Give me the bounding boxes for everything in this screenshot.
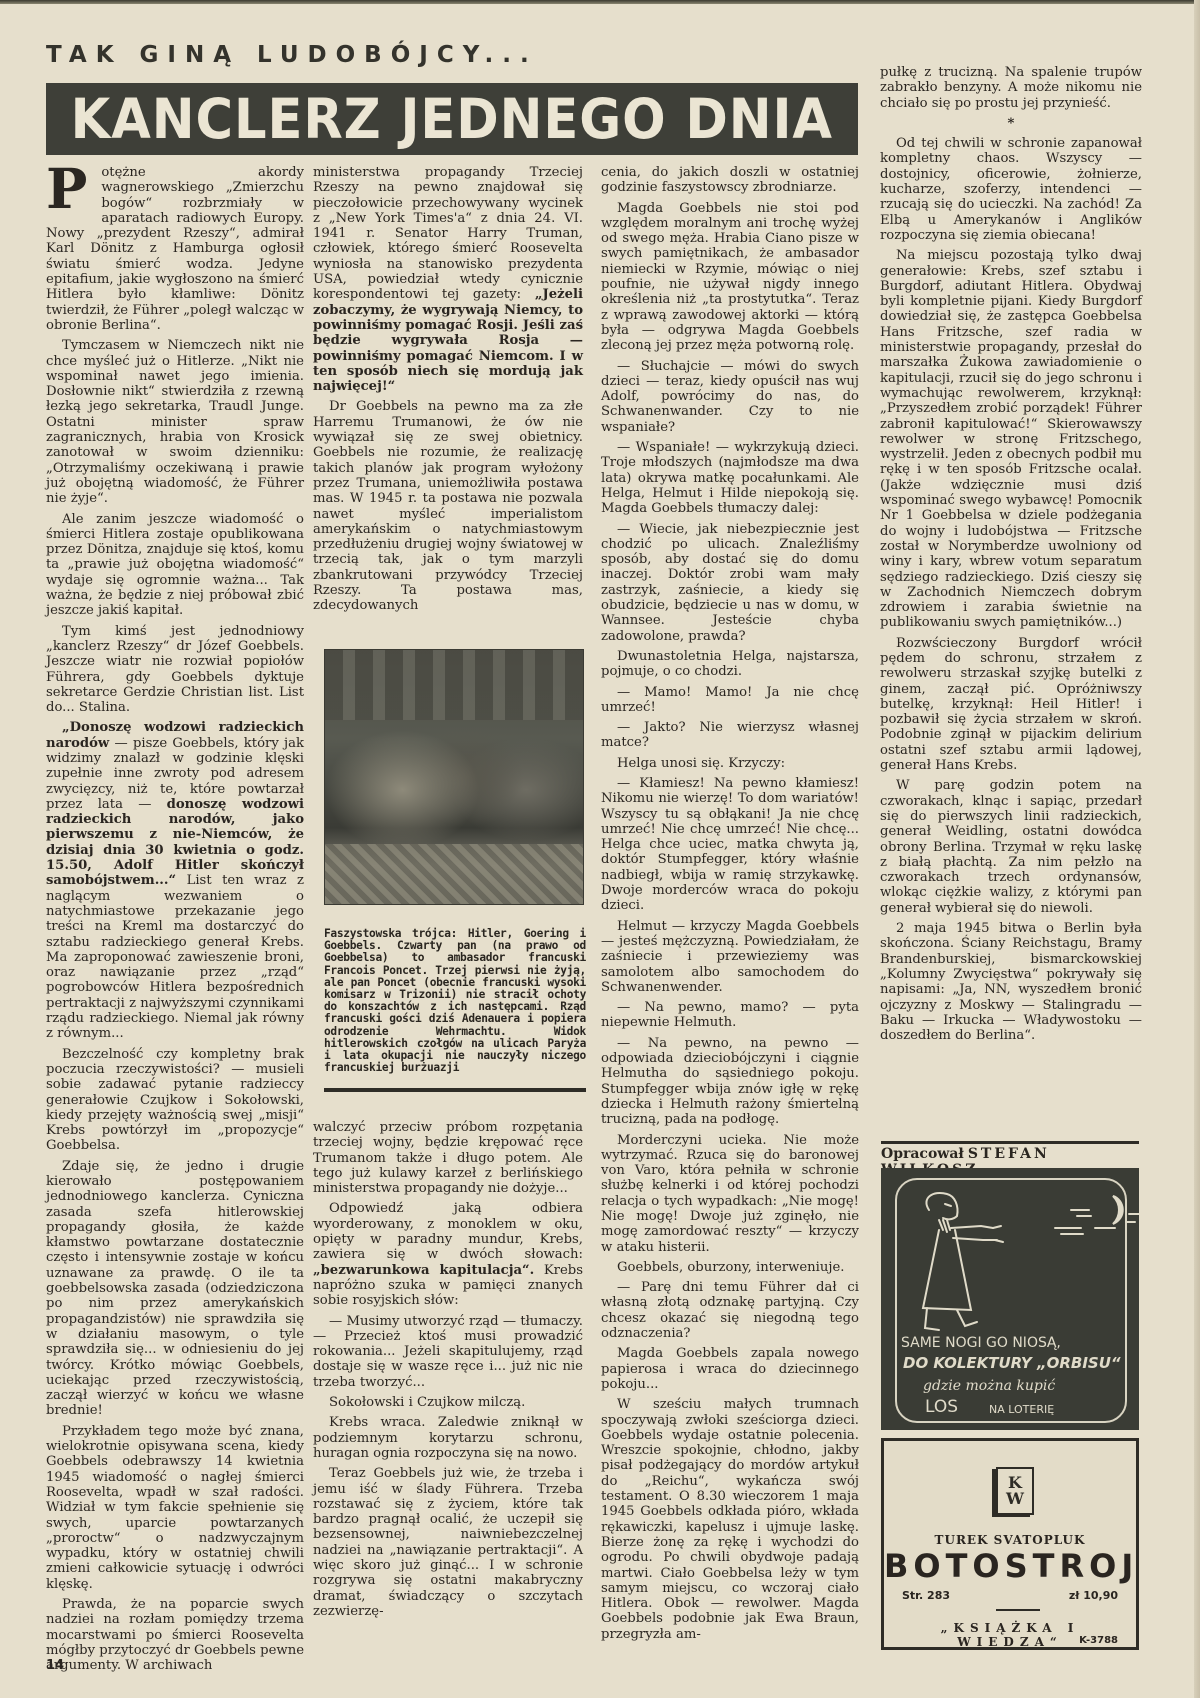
photo-upper-tier	[325, 650, 583, 720]
photo-balcony-carpet	[325, 844, 583, 904]
paragraph: Na miejscu pozostają tylko dwaj generało…	[880, 248, 1142, 630]
paragraph: Tym kimś jest jednodniowy „kanclerz Rzes…	[46, 624, 304, 716]
orbis-lottery-advertisement: SAME NOGI GO NIOSĄ, DO KOLEKTURY „ORBISU…	[881, 1168, 1139, 1430]
publisher-book-logo-icon: K W	[996, 1467, 1034, 1515]
paragraph: cenia, do jakich doszli w ostatniej godz…	[601, 165, 859, 196]
news-photo	[324, 649, 584, 905]
lead-paragraph: Potężne akordy wagnerowskiego „Zmierzchu…	[46, 165, 304, 333]
paragraph: — Jakto? Nie wierzysz własnej matce?	[601, 720, 859, 751]
paragraph: Helmut — krzyczy Magda Goebbels — jesteś…	[601, 919, 859, 995]
sleepwalker-illustration-icon	[881, 1168, 1139, 1338]
paragraph: — Kłamiesz! Na pewno kłamiesz! Nikomu ni…	[601, 776, 859, 914]
drop-cap: P	[46, 167, 87, 211]
paragraph: — Na pewno, na pewno — odpowiada dziecio…	[601, 1036, 859, 1128]
article-kicker: TAK GINĄ LUDOBÓJCY...	[46, 42, 538, 68]
article-title-banner: KANCLERZ JEDNEGO DNIA	[46, 83, 858, 155]
paragraph: Dwunastoletnia Helga, najstarsza, pojmuj…	[601, 649, 859, 680]
paragraph-krebs-reply: Odpowiedź jaką odbiera wyorderowany, z m…	[313, 1201, 583, 1308]
page-number: 14	[46, 1658, 64, 1673]
paragraph: Tymczasem w Niemczech nikt nie chce myśl…	[46, 338, 304, 506]
ad-text-line-3: gdzie można kupić	[923, 1378, 1055, 1394]
paragraph-text: ministerstwa propagandy Trzeciej Rzeszy …	[313, 165, 583, 302]
paragraph: — Musimy utworzyć rząd — tłumaczy. — Prz…	[313, 1314, 583, 1390]
ad-text-line-4: LOS	[925, 1397, 958, 1417]
article-column-4: pułkę z trucizną. Na spalenie trupów zab…	[880, 65, 1142, 1048]
paragraph: pułkę z trucizną. Na spalenie trupów zab…	[880, 65, 1142, 111]
bold-quote: „bezwarunkowa kapitulacja“.	[313, 1263, 534, 1278]
byline-label: Opracował	[881, 1146, 964, 1162]
article-column-2-continued: walczyć przeciw próbom rozpętania trzeci…	[313, 1120, 583, 1624]
photo-caption: Faszystowska trójca: Hitler, Goering i G…	[324, 928, 586, 1074]
paragraph: Dr Goebbels na pewno ma za złe Harremu T…	[313, 399, 583, 613]
paragraph: walczyć przeciw próbom rozpętania trzeci…	[313, 1120, 583, 1196]
ad-text-line-1: SAME NOGI GO NIOSĄ,	[901, 1335, 1061, 1351]
paragraph: Teraz Goebbels już wie, że trzeba i jemu…	[313, 1466, 583, 1619]
page-top-edge	[0, 0, 1200, 4]
paragraph: Prawda, że na poparcie swych nadziei na …	[46, 1597, 304, 1673]
ad-text-line-2: DO KOLEKTURY „ORBISU“	[903, 1354, 1121, 1372]
paragraph: — Słuchajcie — mówi do swych dzieci — te…	[601, 359, 859, 435]
paragraph: Rozwścieczony Burgdorf wrócił pędem do s…	[880, 636, 1142, 774]
paragraph: — Wspaniałe! — wykrzykują dzieci. Troje …	[601, 440, 859, 516]
page-right-edge	[1194, 0, 1200, 1698]
article-column-3: cenia, do jakich doszli w ostatniej godz…	[601, 165, 859, 1647]
paragraph: — Parę dni temu Führer dał ci własną zło…	[601, 1280, 859, 1341]
paragraph-text: List ten wraz z naglącym wezwaniem o nat…	[46, 873, 304, 1041]
paragraph: Helga unosi się. Krzyczy:	[601, 756, 859, 771]
paragraph: 2 maja 1945 bitwa o Berlin była skończon…	[880, 921, 1142, 1043]
paragraph: Przykładem tego może być znana, wielokro…	[46, 1424, 304, 1592]
book-advertisement: K W TUREK SVATOPLUK BOTOSTROJ Str. 283 z…	[881, 1438, 1139, 1650]
paragraph: Magda Goebbels zapala nowego papierosa i…	[601, 1346, 859, 1392]
paragraph: Bezczelność czy kompletny brak poczucia …	[46, 1047, 304, 1154]
book-price: zł 10,90	[1069, 1589, 1118, 1602]
ad-code: K-3788	[1079, 1635, 1118, 1646]
logo-letter-w: W	[1006, 1491, 1024, 1507]
paragraph: — Mamo! Mamo! Ja nie chcę umrzeć!	[601, 685, 859, 716]
paragraph: Morderczyni ucieka. Nie może wytrzymać. …	[601, 1133, 859, 1255]
byline-divider	[881, 1141, 1139, 1144]
paragraph-letter-quote: „Donoszę wodzowi radzieckich narodów — p…	[46, 720, 304, 1041]
ad-divider	[996, 1609, 1040, 1611]
paragraph: Krebs wraca. Zaledwie zniknął w podziemn…	[313, 1415, 583, 1461]
paragraph: Magda Goebbels nie stoi pod względem mor…	[601, 201, 859, 354]
paragraph: W sześciu małych trumnach spoczywają zwł…	[601, 1397, 859, 1642]
paragraph: Sokołowski i Czujkow milczą.	[313, 1395, 583, 1410]
ad-text-line-5: NA LOTERIĘ	[989, 1403, 1054, 1416]
article-column-1: Potężne akordy wagnerowskiego „Zmierzchu…	[46, 165, 304, 1679]
paragraph: Goebbels, oburzony, interweniuje.	[601, 1260, 859, 1275]
book-pages: Str. 283	[902, 1589, 950, 1602]
paragraph: — Na pewno, mamo? — pyta niepewnie Helmu…	[601, 1000, 859, 1031]
article-column-2: ministerstwa propagandy Trzeciej Rzeszy …	[313, 165, 583, 619]
caption-divider	[324, 1088, 586, 1092]
book-author: TUREK SVATOPLUK	[884, 1533, 1136, 1547]
paragraph: — Wiecie, jak niebezpiecznie jest chodzi…	[601, 522, 859, 644]
paragraph-text: Odpowiedź jaką odbiera wyorderowany, z m…	[313, 1201, 583, 1262]
paragraph: Od tej chwili w schronie zapanował kompl…	[880, 136, 1142, 243]
paragraph: Zdaje się, że jedno i drugie kierowało p…	[46, 1159, 304, 1419]
article-title: KANCLERZ JEDNEGO DNIA	[71, 87, 833, 151]
section-separator-asterisk: *	[880, 116, 1142, 131]
paragraph: W parę godzin potem na czworakach, klnąc…	[880, 778, 1142, 916]
book-title: BOTOSTROJ	[884, 1547, 1136, 1585]
paragraph-truman-quote: ministerstwa propagandy Trzeciej Rzeszy …	[313, 165, 583, 394]
paragraph: Ale zanim jeszcze wiadomość o śmierci Hi…	[46, 512, 304, 619]
bold-quote: „Jeżeli zobaczymy, że wygrywają Niemcy, …	[313, 287, 583, 394]
